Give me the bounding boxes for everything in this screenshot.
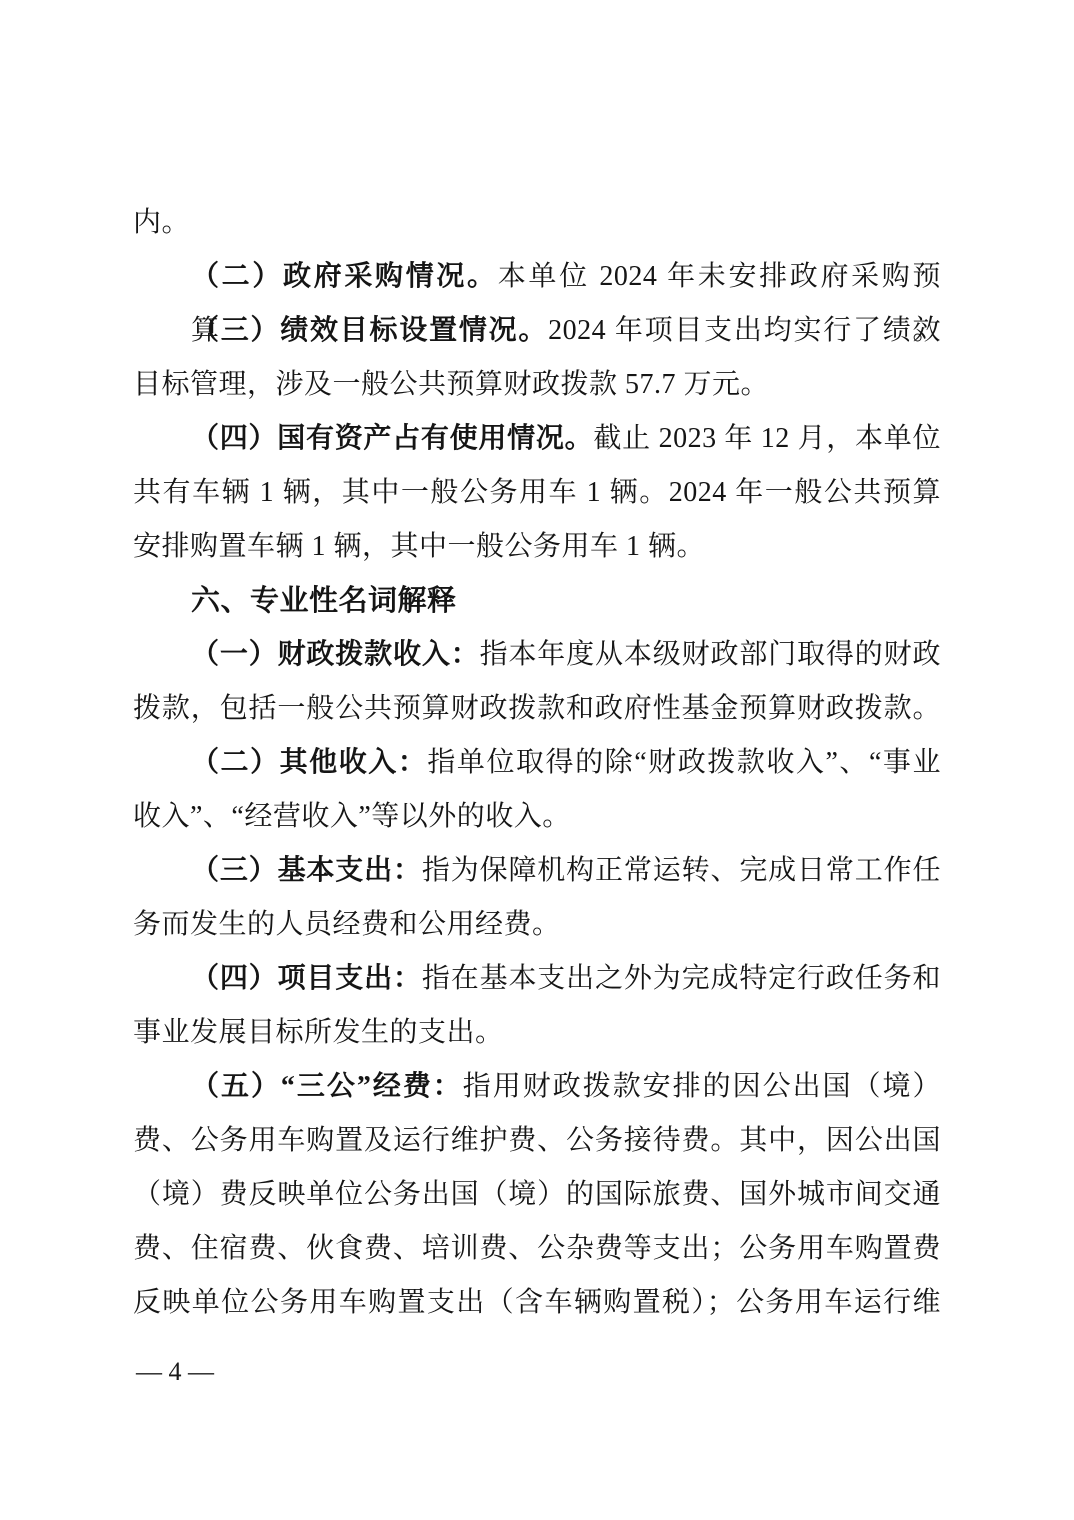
page-number: — 4 — (136, 1356, 214, 1388)
paragraph-lead: （三）基本支出： (191, 855, 422, 886)
doc-line: 收入”、“经营收入”等以外的收入。 (133, 790, 941, 844)
doc-line: （五）“三公”经费：指用财政拨款安排的因公出国（境） (133, 1060, 941, 1114)
doc-line: （二）其他收入：指单位取得的除“财政拨款收入”、“事业 (133, 736, 941, 790)
document-body: 内。 （二）政府采购情况。本单位 2024 年未安排政府采购预算。 （三）绩效目… (133, 196, 941, 1330)
doc-line: 事业发展目标所发生的支出。 (133, 1006, 941, 1060)
line-text: 收入”、“经营收入”等以外的收入。 (133, 801, 571, 832)
paragraph-lead: （四）项目支出： (191, 963, 422, 994)
paragraph-lead: （一）财政拨款收入： (191, 639, 480, 670)
section-heading: 六、专业性名词解释 (133, 574, 941, 628)
doc-line: （四）项目支出：指在基本支出之外为完成特定行政任务和 (133, 952, 941, 1006)
line-text: 反映单位公务用车购置支出（含车辆购置税）；公务用车运行维 (133, 1287, 941, 1318)
doc-line: （三）基本支出：指为保障机构正常运转、完成日常工作任 (133, 844, 941, 898)
doc-line: 反映单位公务用车购置支出（含车辆购置税）；公务用车运行维 (133, 1276, 941, 1330)
paragraph-lead: （五）“三公”经费： (191, 1071, 463, 1102)
doc-line: 费、住宿费、伙食费、培训费、公杂费等支出；公务用车购置费 (133, 1222, 941, 1276)
line-text: 目标管理，涉及一般公共预算财政拨款 57.7 万元。 (133, 369, 769, 400)
doc-line: 安排购置车辆 1 辆，其中一般公务用车 1 辆。 (133, 520, 941, 574)
doc-line: （四）国有资产占有使用情况。截止 2023 年 12 月，本单位 (133, 412, 941, 466)
line-text: 2024 年项目支出均实行了绩效 (548, 315, 941, 346)
doc-line: 内。 (133, 196, 941, 250)
doc-line: 务而发生的人员经费和公用经费。 (133, 898, 941, 952)
line-text: （境）费反映单位公务出国（境）的国际旅费、国外城市间交通 (133, 1179, 941, 1210)
line-text: 安排购置车辆 1 辆，其中一般公务用车 1 辆。 (133, 531, 705, 562)
line-text: 内。 (133, 207, 190, 238)
doc-line: 拨款，包括一般公共预算财政拨款和政府性基金预算财政拨款。 (133, 682, 941, 736)
paragraph-lead: （二）其他收入： (191, 747, 427, 778)
line-text: 指本年度从本级财政部门取得的财政 (480, 639, 941, 670)
line-text: 事业发展目标所发生的支出。 (133, 1017, 504, 1048)
line-text: 指单位取得的除“财政拨款收入”、“事业 (427, 747, 941, 778)
line-text: 指在基本支出之外为完成特定行政任务和 (422, 963, 941, 994)
paragraph-lead: （二）政府采购情况。 (191, 261, 498, 292)
doc-line: （一）财政拨款收入：指本年度从本级财政部门取得的财政 (133, 628, 941, 682)
line-text: 截止 2023 年 12 月，本单位 (593, 423, 941, 454)
line-text: 指为保障机构正常运转、完成日常工作任 (422, 855, 941, 886)
line-text: 共有车辆 1 辆，其中一般公务用车 1 辆。2024 年一般公共预算 (133, 477, 941, 508)
line-text: 费、公务用车购置及运行维护费、公务接待费。其中，因公出国 (133, 1125, 941, 1156)
document-page: 内。 （二）政府采购情况。本单位 2024 年未安排政府采购预算。 （三）绩效目… (0, 0, 1074, 1520)
doc-line: （三）绩效目标设置情况。2024 年项目支出均实行了绩效 (133, 304, 941, 358)
doc-line: 目标管理，涉及一般公共预算财政拨款 57.7 万元。 (133, 358, 941, 412)
line-text: 费、住宿费、伙食费、培训费、公杂费等支出；公务用车购置费 (133, 1233, 941, 1264)
doc-line: （二）政府采购情况。本单位 2024 年未安排政府采购预算。 (133, 250, 941, 304)
doc-line: （境）费反映单位公务出国（境）的国际旅费、国外城市间交通 (133, 1168, 941, 1222)
doc-line: 共有车辆 1 辆，其中一般公务用车 1 辆。2024 年一般公共预算 (133, 466, 941, 520)
line-text: 指用财政拨款安排的因公出国（境） (463, 1071, 941, 1102)
paragraph-lead: （三）绩效目标设置情况。 (191, 315, 548, 346)
line-text: 拨款，包括一般公共预算财政拨款和政府性基金预算财政拨款。 (133, 693, 941, 724)
line-text: 务而发生的人员经费和公用经费。 (133, 909, 561, 940)
doc-line: 费、公务用车购置及运行维护费、公务接待费。其中，因公出国 (133, 1114, 941, 1168)
paragraph-lead: （四）国有资产占有使用情况。 (191, 423, 593, 454)
